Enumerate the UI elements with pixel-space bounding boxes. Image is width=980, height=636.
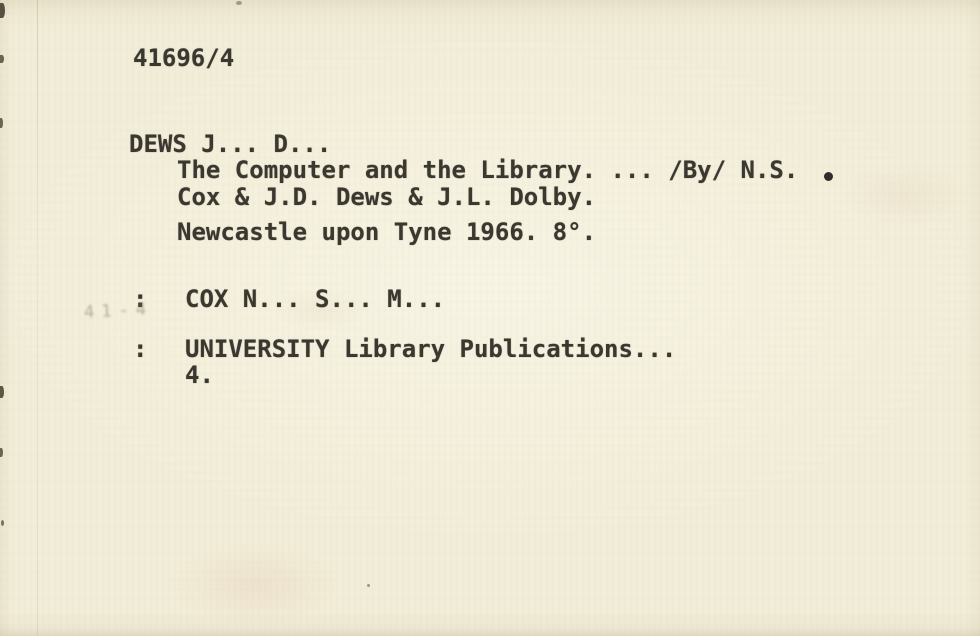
title-line-2: Cox & J.D. Dews & J.L. Dolby.: [177, 185, 596, 210]
ink-speck: [824, 172, 833, 181]
imprint-line: Newcastle upon Tyne 1966. 8°.: [177, 220, 596, 245]
paper-crease: [37, 0, 38, 636]
scan-edge-speck: [1, 520, 4, 526]
paper-speck: [367, 584, 370, 587]
scan-edge-speck: [236, 1, 242, 5]
pencil-annotation: 41-4: [84, 299, 154, 323]
added-entry-marker: :: [133, 337, 147, 362]
scan-edge-speck: [0, 118, 3, 128]
call-number: 41696/4: [133, 46, 234, 71]
added-entry-text: UNIVERSITY Library Publications...: [185, 337, 676, 362]
scan-edge-speck: [0, 448, 3, 457]
title-line-1: The Computer and the Library. ... /By/ N…: [177, 158, 798, 183]
added-entry-text: COX N... S... M...: [185, 287, 445, 312]
scan-edge-speck: [0, 386, 4, 398]
added-entry-continuation: 4.: [185, 363, 214, 388]
catalog-card: 41696/4 DEWS J... D... The Computer and …: [0, 0, 980, 636]
author-heading: DEWS J... D...: [129, 132, 331, 157]
scan-edge-speck: [0, 55, 4, 63]
scan-edge-speck: [0, 3, 5, 18]
